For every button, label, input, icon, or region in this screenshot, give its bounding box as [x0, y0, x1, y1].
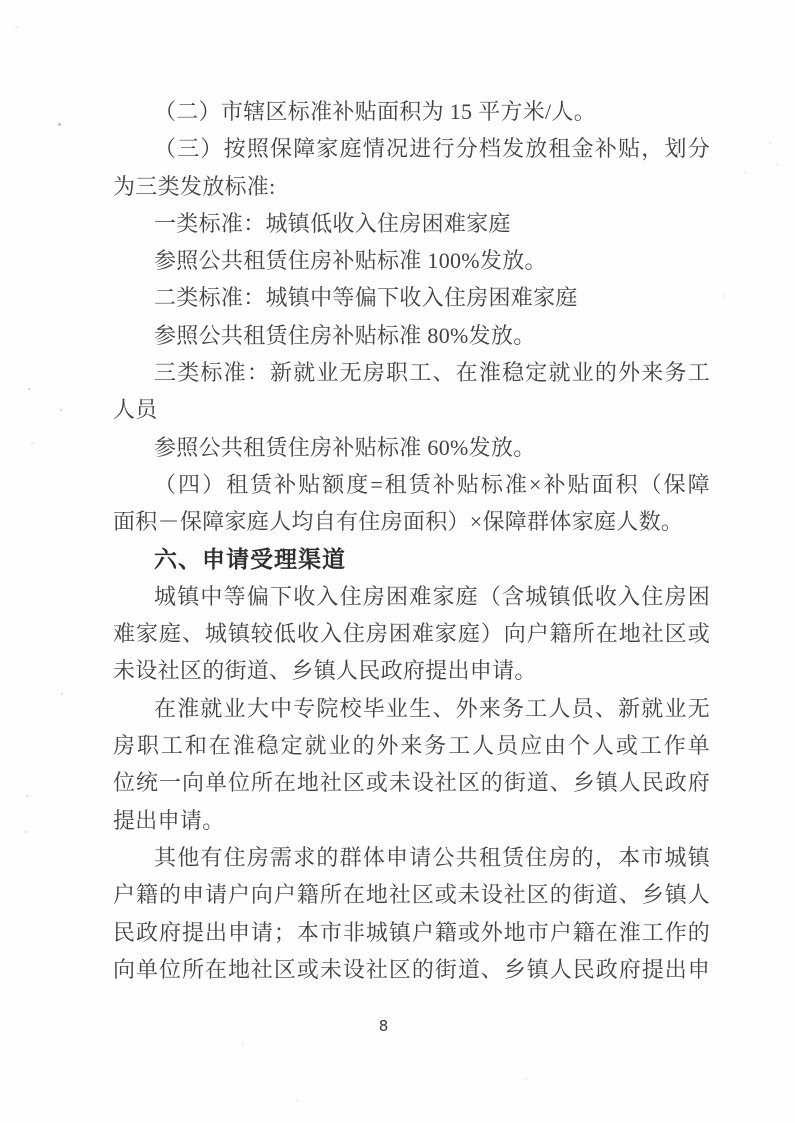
scan-noise-speck [769, 142, 771, 144]
scan-noise-speck [723, 295, 725, 297]
scan-noise-speck [61, 693, 63, 695]
scan-noise-speck [744, 172, 746, 174]
page-number: 8 [0, 1017, 781, 1035]
paragraph-line: 一类标准：城镇低收入住房困难家庭 [113, 205, 710, 242]
document-body: （二）市辖区标准补贴面积为 15 平方米/人。 （三）按照保障家庭情况进行分档发… [113, 93, 710, 988]
paragraph-line: 在淮就业大中专院校毕业生、外来务工人员、新就业无 [113, 690, 710, 727]
paragraph-line: 参照公共租赁住房补贴标准 100%发放。 [113, 242, 710, 279]
paragraph-line: 位统一向单位所在地社区或未设社区的街道、乡镇人民政府 [113, 764, 710, 801]
paragraph-line: 城镇中等偏下收入住房困难家庭（含城镇低收入住房困 [113, 578, 710, 615]
paragraph-line: （三）按照保障家庭情况进行分档发放租金补贴，划分 [113, 130, 710, 167]
scan-noise-speck [296, 1100, 298, 1102]
paragraph-line: 二类标准：城镇中等偏下收入住房困难家庭 [113, 279, 710, 316]
scan-noise-speck [26, 795, 29, 797]
paragraph-line: 参照公共租赁住房补贴标准 80%发放。 [113, 317, 710, 354]
paragraph-line: 房职工和在淮稳定就业的外来务工人员应由个人或工作单 [113, 727, 710, 764]
paragraph-line: 提出申请。 [113, 802, 710, 839]
scan-noise-speck [15, 26, 18, 28]
scan-noise-speck [28, 388, 31, 390]
scan-noise-speck [776, 164, 778, 166]
paragraph-line: 难家庭、城镇较低收入住房困难家庭）向户籍所在地社区或 [113, 615, 710, 652]
paragraph-line: 人员 [113, 391, 710, 428]
paragraph-line: 参照公共租赁住房补贴标准 60%发放。 [113, 429, 710, 466]
paragraph-line: 三类标准：新就业无房职工、在淮稳定就业的外来务工 [113, 354, 710, 391]
paragraph-line: 向单位所在地社区或未设社区的街道、乡镇人民政府提出申 [113, 951, 710, 988]
scan-noise-speck [242, 1043, 244, 1045]
scan-noise-speck [31, 442, 34, 444]
scan-noise-speck [60, 409, 62, 411]
paragraph-line: （四）租赁补贴额度=租赁补贴标准×补贴面积（保障 [113, 466, 710, 503]
document-page: （二）市辖区标准补贴面积为 15 平方米/人。 （三）按照保障家庭情况进行分档发… [0, 0, 795, 1123]
scan-noise-speck [58, 123, 61, 126]
paragraph-line: 为三类发放标准: [113, 168, 710, 205]
paragraph-line: 未设社区的街道、乡镇人民政府提出申请。 [113, 652, 710, 689]
section-heading: 六、申请受理渠道 [113, 541, 710, 578]
scan-noise-speck [24, 831, 27, 833]
paragraph-line: 面积－保障家庭人均自有住房面积）×保障群体家庭人数。 [113, 503, 710, 540]
paragraph-line: 户籍的申请户向户籍所在地社区或未设社区的街道、乡镇人 [113, 876, 710, 913]
paragraph-line: 其他有住房需求的群体申请公共租赁住房的，本市城镇 [113, 839, 710, 876]
scan-noise-speck [525, 1078, 527, 1080]
paragraph-line: 民政府提出申请；本市非城镇户籍或外地市户籍在淮工作的 [113, 914, 710, 951]
paragraph-line: （二）市辖区标准补贴面积为 15 平方米/人。 [113, 93, 710, 130]
